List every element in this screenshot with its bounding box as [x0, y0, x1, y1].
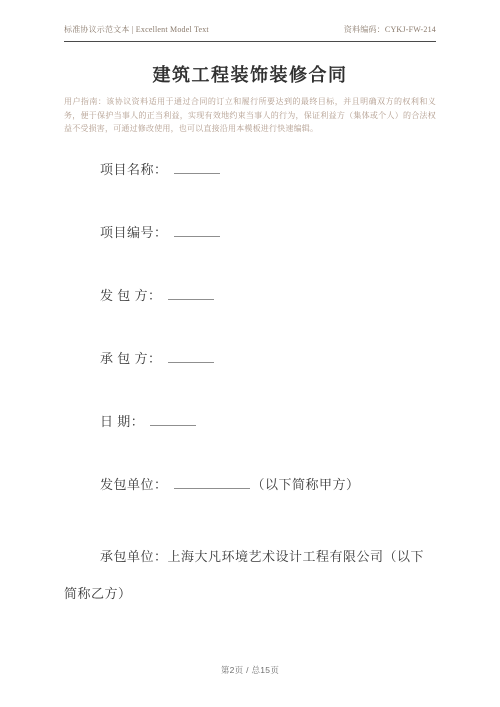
document-page: 标准协议示范文本 | Excellent Model Text 资料编码：CYK…: [0, 0, 500, 707]
field-label: 项目编号：: [100, 225, 168, 240]
field-suffix: （以下简称甲方）: [252, 477, 360, 492]
field-label: 发包单位：: [100, 477, 168, 492]
form-field-row: 日 期：: [64, 412, 436, 431]
form-field-row: 承包单位：上海大凡环境艺术设计工程有限公司（以下简称乙方）: [64, 538, 436, 612]
page-title: 建筑工程装饰装修合同: [64, 64, 436, 86]
form-field-row: 承 包 方：: [64, 349, 436, 368]
form-field-row: 项目编号：: [64, 223, 436, 242]
page-footer: 第2页 / 总15页: [0, 664, 500, 676]
field-label: 日 期：: [100, 414, 144, 429]
field-blank-line[interactable]: [168, 287, 214, 300]
field-blank-line[interactable]: [168, 350, 214, 363]
form-field-row: 项目名称：: [64, 160, 436, 179]
document-header: 标准协议示范文本 | Excellent Model Text 资料编码：CYK…: [64, 25, 436, 35]
field-label: 承包单位：: [100, 549, 168, 564]
form-field-row: 发包单位：（以下简称甲方）: [64, 475, 436, 494]
field-blank-line[interactable]: [174, 224, 220, 237]
header-right-code: 资料编码：CYKJ-FW-214: [344, 25, 436, 35]
field-blank-line[interactable]: [174, 161, 220, 174]
form-field-row: 发 包 方：: [64, 286, 436, 305]
field-label: 承 包 方：: [100, 351, 162, 366]
user-guide-note: 用户指南：该协议资料适用于通过合同的订立和履行所要达到的最终目标，并且明确双方的…: [64, 95, 436, 136]
field-label: 项目名称：: [100, 162, 168, 177]
form-fields: 项目名称： 项目编号： 发 包 方： 承 包 方： 日 期： 发包单位：（以下简…: [64, 160, 436, 612]
field-blank-line[interactable]: [150, 413, 196, 426]
header-left-label: 标准协议示范文本 | Excellent Model Text: [64, 25, 209, 35]
field-blank-line[interactable]: [174, 476, 250, 489]
header-divider: [64, 41, 436, 42]
field-label: 发 包 方：: [100, 288, 162, 303]
